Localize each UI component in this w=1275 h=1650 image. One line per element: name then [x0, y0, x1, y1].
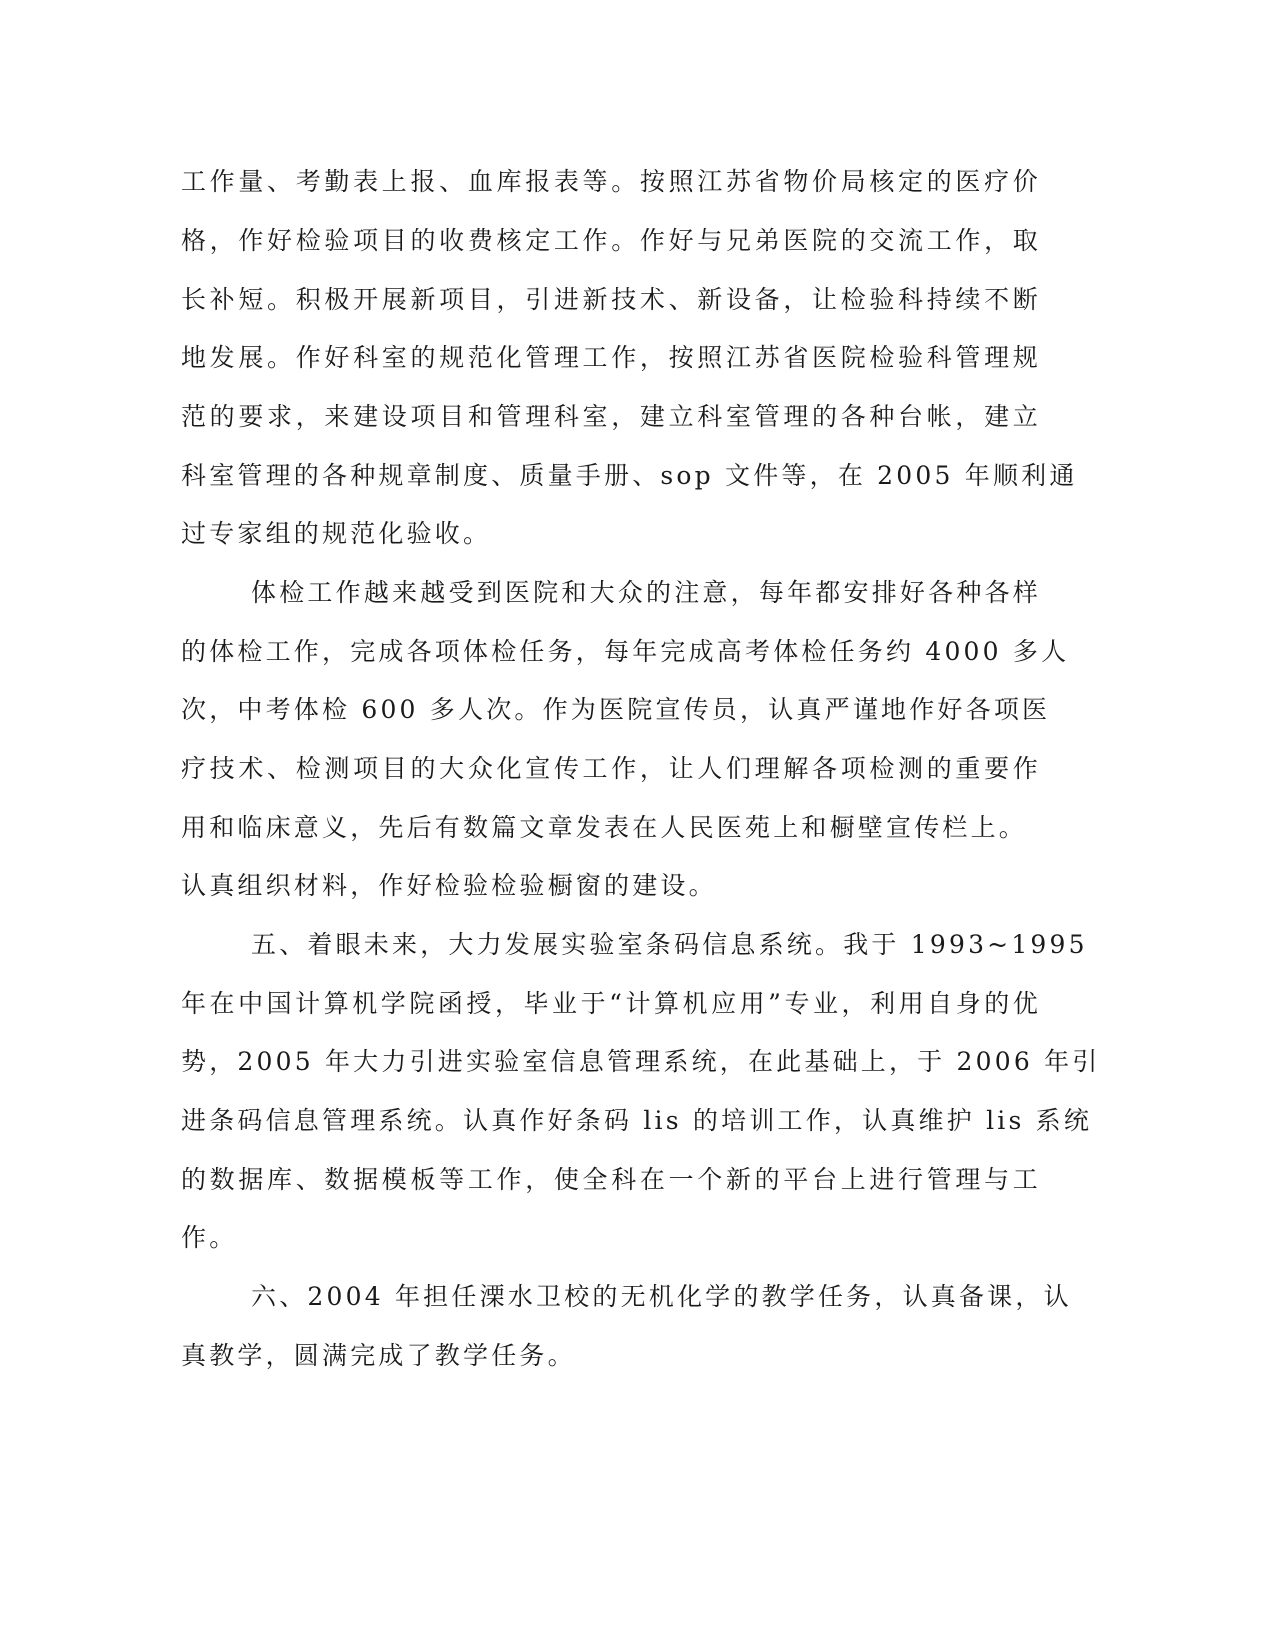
- paragraph-1-line-3: 长补短。积极开展新项目，引进新技术、新设备，让检验科持续不断: [181, 280, 1041, 320]
- paragraph-4-line-2: 真教学，圆满完成了教学任务。: [181, 1336, 1041, 1376]
- paragraph-2-line-1: 体检工作越来越受到医院和大众的注意，每年都安排好各种各样: [251, 573, 1041, 613]
- paragraph-3-line-3: 势，2005 年大力引进实验室信息管理系统，在此基础上，于 2006 年引: [181, 1042, 1041, 1082]
- paragraph-2-line-6: 认真组织材料，作好检验检验橱窗的建设。: [181, 866, 1041, 906]
- paragraph-1-line-1: 工作量、考勤表上报、血库报表等。按照江苏省物价局核定的医疗价: [181, 162, 1041, 202]
- paragraph-2-line-2: 的体检工作，完成各项体检任务，每年完成高考体检任务约 4000 多人: [181, 632, 1041, 672]
- paragraph-1-line-5: 范的要求，来建设项目和管理科室，建立科室管理的各种台帐，建立: [181, 397, 1041, 437]
- paragraph-2-line-4: 疗技术、检测项目的大众化宣传工作，让人们理解各项检测的重要作: [181, 749, 1041, 789]
- paragraph-3-line-4: 进条码信息管理系统。认真作好条码 lis 的培训工作，认真维护 lis 系统: [181, 1101, 1041, 1141]
- paragraph-3-line-1: 五、着眼未来，大力发展实验室条码信息系统。我于 1993~1995: [251, 925, 1041, 965]
- paragraph-4-line-1: 六、2004 年担任溧水卫校的无机化学的教学任务，认真备课，认: [251, 1277, 1041, 1317]
- document-page: 工作量、考勤表上报、血库报表等。按照江苏省物价局核定的医疗价 格，作好检验项目的…: [0, 0, 1275, 1650]
- paragraph-1-line-2: 格，作好检验项目的收费核定工作。作好与兄弟医院的交流工作，取: [181, 221, 1041, 261]
- paragraph-1-line-4: 地发展。作好科室的规范化管理工作，按照江苏省医院检验科管理规: [181, 338, 1041, 378]
- paragraph-3-line-5: 的数据库、数据模板等工作，使全科在一个新的平台上进行管理与工: [181, 1160, 1041, 1200]
- paragraph-1-line-7: 过专家组的规范化验收。: [181, 514, 1041, 554]
- paragraph-1-line-6: 科室管理的各种规章制度、质量手册、sop 文件等，在 2005 年顺利通: [181, 456, 1041, 496]
- paragraph-2-line-3: 次，中考体检 600 多人次。作为医院宣传员，认真严谨地作好各项医: [181, 690, 1041, 730]
- paragraph-3-line-2: 年在中国计算机学院函授，毕业于“计算机应用”专业，利用自身的优: [181, 984, 1041, 1024]
- paragraph-3-line-6: 作。: [181, 1218, 1041, 1258]
- paragraph-2-line-5: 用和临床意义，先后有数篇文章发表在人民医苑上和橱壁宣传栏上。: [181, 808, 1041, 848]
